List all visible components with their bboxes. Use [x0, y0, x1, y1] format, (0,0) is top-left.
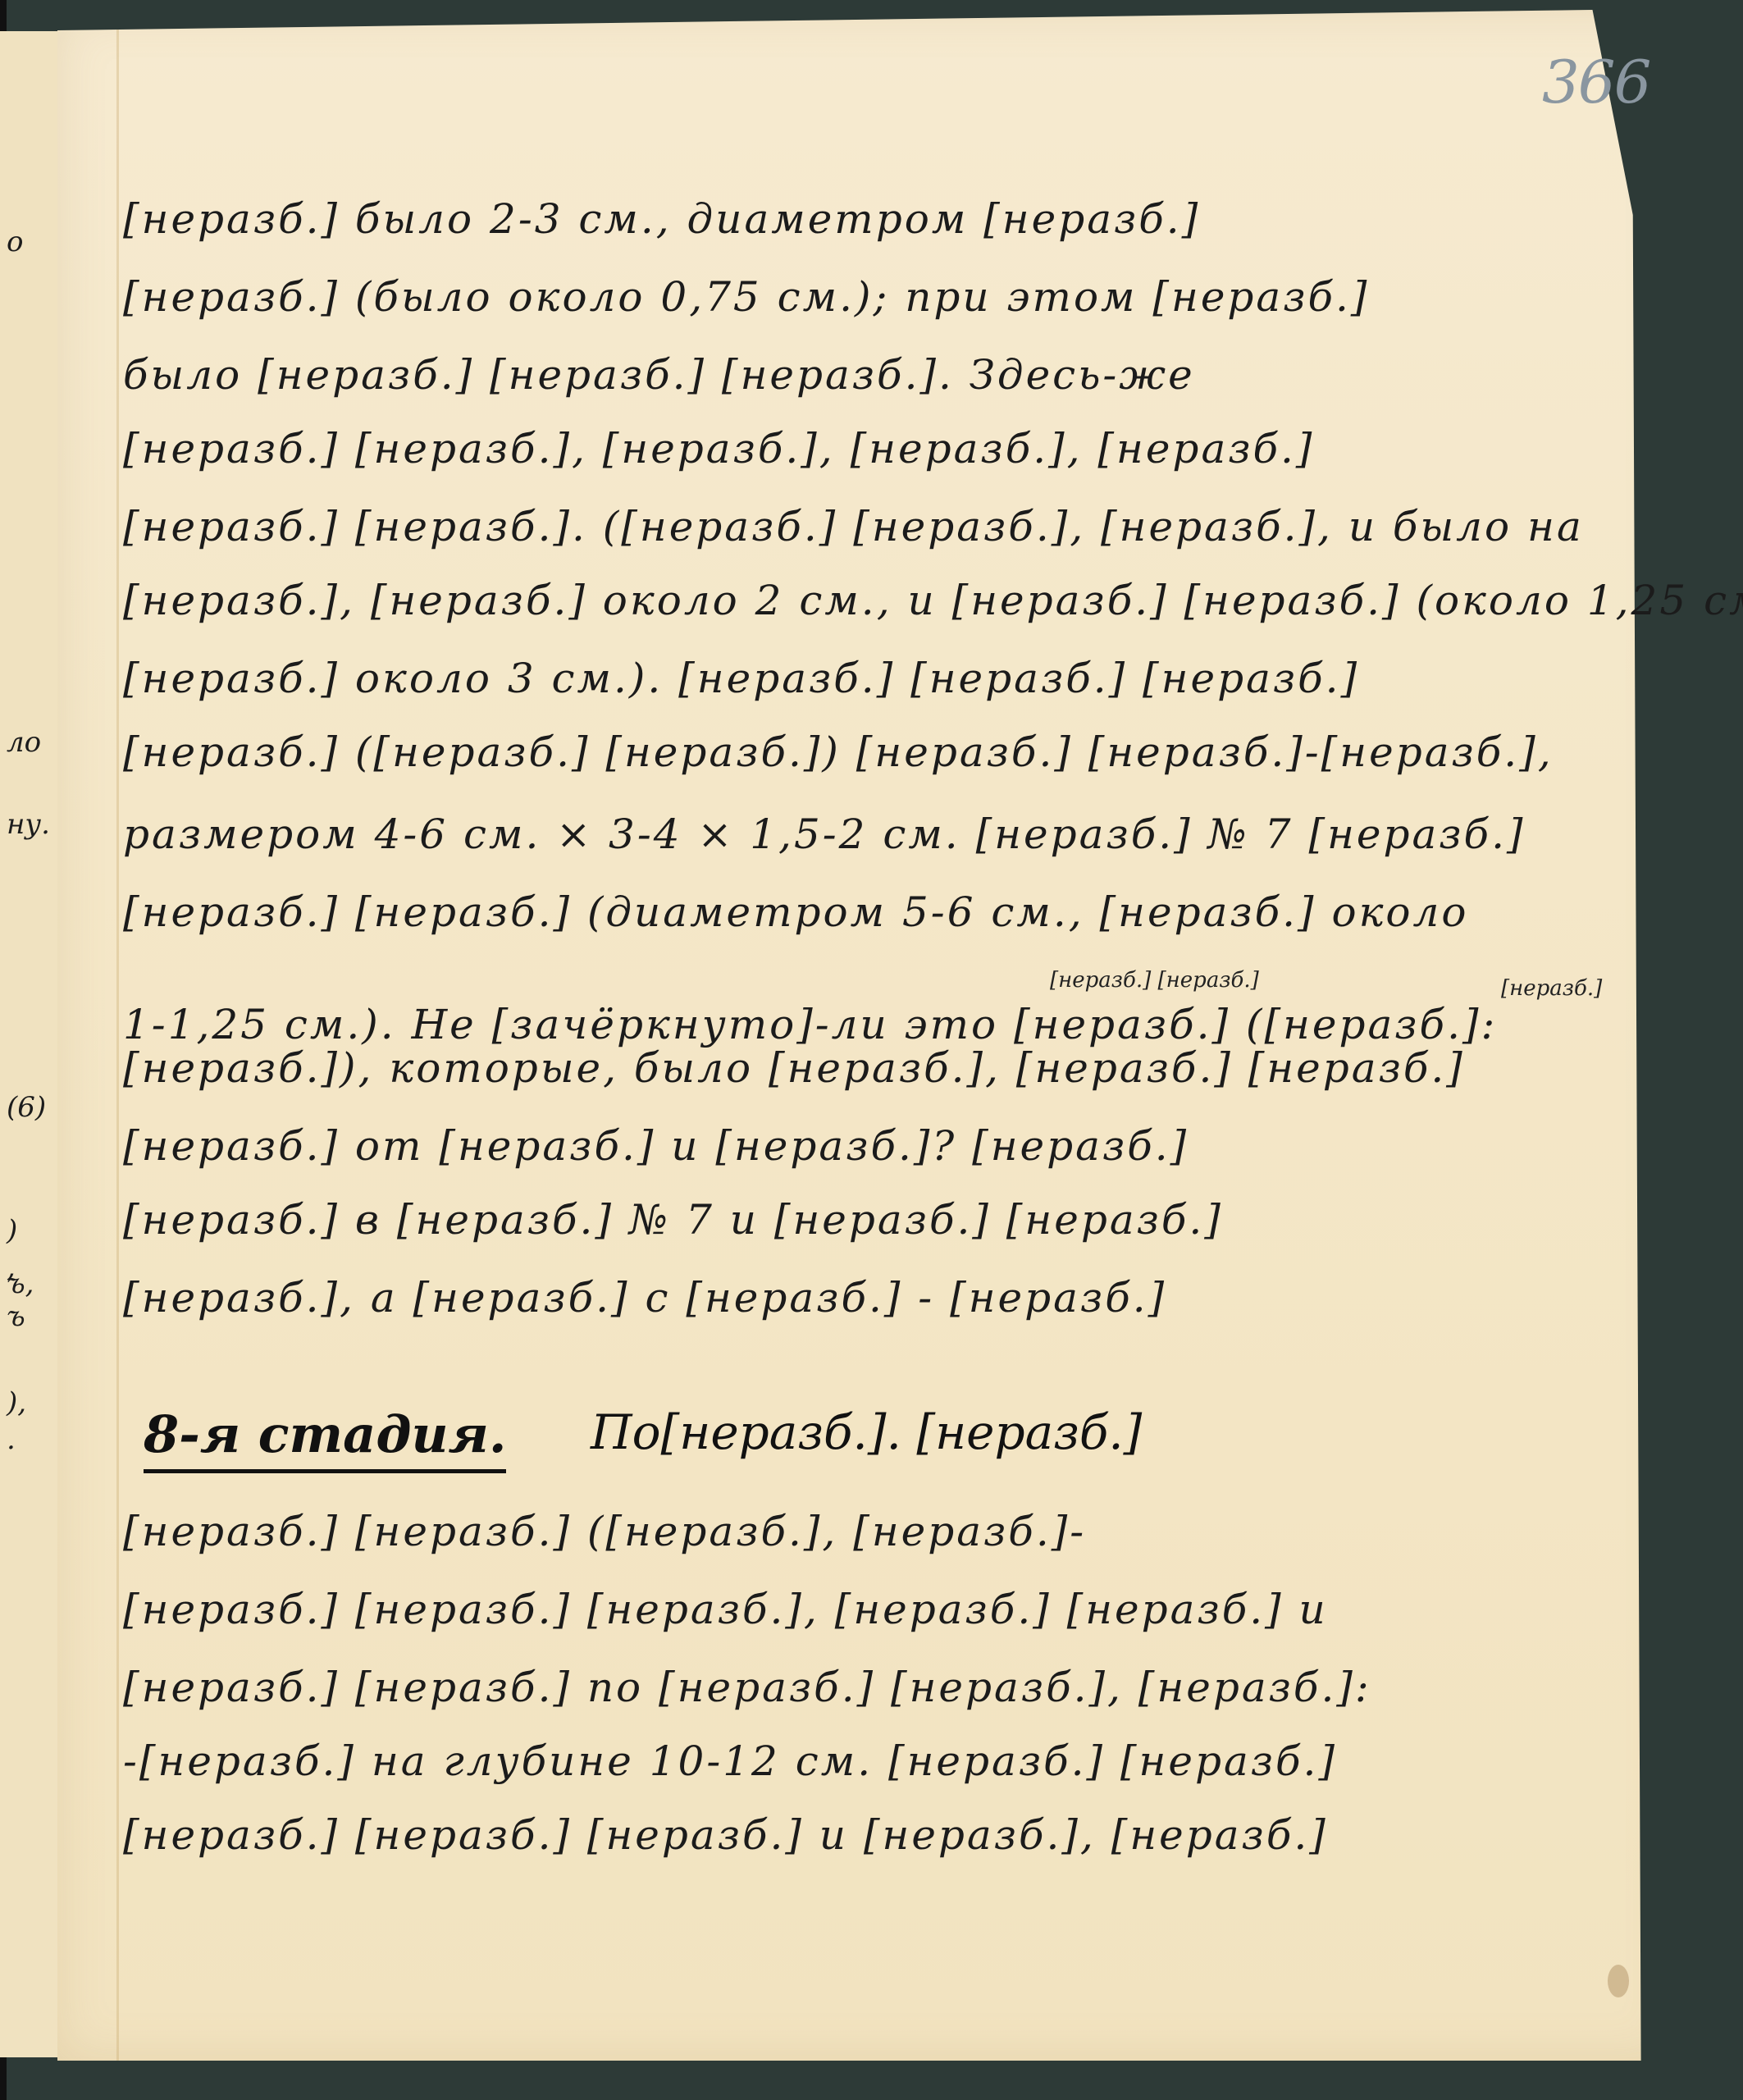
- paper-stain: [1608, 1965, 1629, 1997]
- margin-fragment: о: [7, 226, 23, 258]
- text-line: [неразб.] [неразб.] (диаметром 5-6 см., …: [123, 888, 1665, 936]
- margin-fragment: ъ,: [7, 1267, 34, 1300]
- section-heading-stage-8: 8-я стадия.: [144, 1404, 506, 1473]
- margin-fragment: ),: [7, 1386, 26, 1419]
- margin-fragment: ну.: [7, 808, 50, 841]
- text-line: [неразб.] было 2-3 см., диаметром [нераз…: [123, 195, 1665, 243]
- text-line: [неразб.] (было около 0,75 см.); при это…: [123, 273, 1665, 321]
- text-line: [неразб.] [неразб.] [неразб.] и [неразб.…: [123, 1811, 1665, 1859]
- facing-page-edge: о ло ну. (6) ) , ъ, ъ ), .: [0, 31, 57, 2057]
- text-line: -[неразб.] на глубине 10-12 см. [неразб.…: [123, 1737, 1665, 1785]
- margin-fragment: (6): [7, 1091, 46, 1124]
- text-line-with-strikethrough: 1-1,25 см.). Не [зачёркнуто]-ли это [нер…: [123, 1001, 1665, 1048]
- text-line: [неразб.] [неразб.] по [неразб.] [неразб…: [123, 1664, 1665, 1711]
- text-line: [неразб.] [неразб.], [неразб.], [неразб.…: [123, 425, 1665, 472]
- text-line: [неразб.]), которые, было [неразб.], [не…: [123, 1044, 1665, 1092]
- page-fold: [116, 10, 119, 2061]
- margin-fragment: ло: [7, 726, 41, 759]
- text-line: [неразб.], а [неразб.] с [неразб.] - [не…: [123, 1274, 1665, 1322]
- interlinear-insertion: [неразб.]: [1501, 976, 1602, 1001]
- text-line: размером 4-6 см. × 3-4 × 1,5-2 см. [нера…: [123, 810, 1665, 858]
- interlinear-insertion: [неразб.] [неразб.]: [1050, 968, 1259, 993]
- folio-number: 366: [1542, 48, 1649, 116]
- text-line: было [неразб.] [неразб.] [неразб.]. Здес…: [123, 351, 1665, 399]
- text-line: [неразб.], [неразб.] около 2 см., и [нер…: [123, 577, 1665, 624]
- margin-fragment: .: [7, 1423, 16, 1456]
- text-line: [неразб.] от [неразб.] и [неразб.]? [нер…: [123, 1122, 1665, 1170]
- section-heading-title: По[неразб.]. [неразб.]: [591, 1404, 1142, 1460]
- text-line: [неразб.] [неразб.] ([неразб.], [неразб.…: [123, 1508, 1665, 1555]
- margin-fragment: ): [7, 1214, 17, 1247]
- text-line: [неразб.] около 3 см.). [неразб.] [нераз…: [123, 655, 1665, 702]
- text-line: [неразб.] [неразб.] [неразб.], [неразб.]…: [123, 1586, 1665, 1633]
- text-line: [неразб.] [неразб.]. ([неразб.] [неразб.…: [123, 503, 1665, 550]
- text-line: [неразб.] ([неразб.] [неразб.]) [неразб.…: [123, 728, 1665, 776]
- margin-fragment: ъ: [7, 1300, 25, 1333]
- text-line: [неразб.] в [неразб.] № 7 и [неразб.] [н…: [123, 1196, 1665, 1244]
